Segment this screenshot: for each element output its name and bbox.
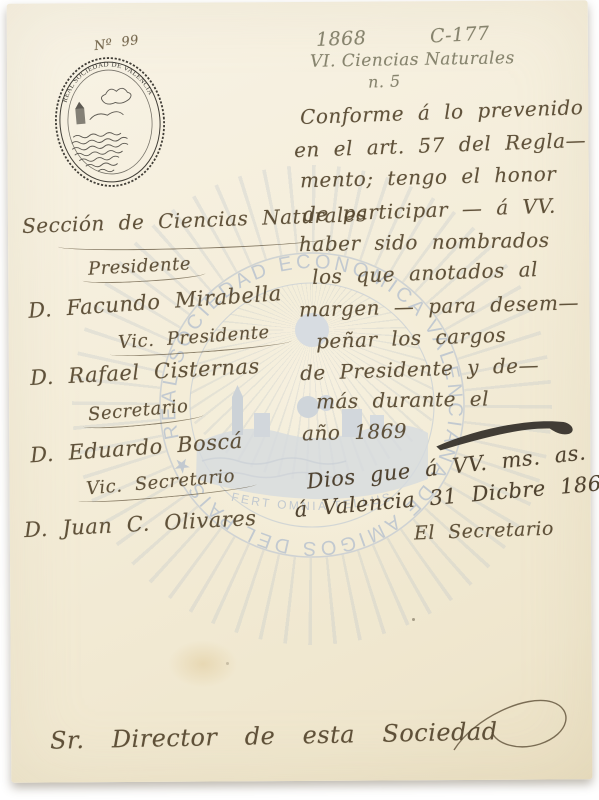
body-line: haber sido nombrados — [299, 228, 550, 256]
pencil-annotation-number: n. 5 — [368, 71, 401, 91]
stamp-landscape-icon — [67, 88, 137, 175]
officer-role: Presidente — [88, 253, 192, 279]
pencil-annotation-series: VI. Ciencias Naturales — [310, 48, 515, 72]
pen-flourish-icon — [448, 686, 578, 764]
pencil-annotation-code: C-177 — [429, 22, 490, 47]
pencil-annotation-year: 1868 — [316, 27, 367, 51]
ink-speck — [412, 618, 415, 621]
official-stamp-icon: REAL SOCIEDAD DE VALENCIA — [44, 45, 176, 199]
ink-speck — [226, 662, 229, 665]
body-line: año 1869 — [302, 419, 408, 446]
body-line: más durante el — [316, 386, 489, 413]
document-scan: REAL SOCIEDAD ECONOMICA VALENCIANA DE AM… — [0, 0, 599, 800]
